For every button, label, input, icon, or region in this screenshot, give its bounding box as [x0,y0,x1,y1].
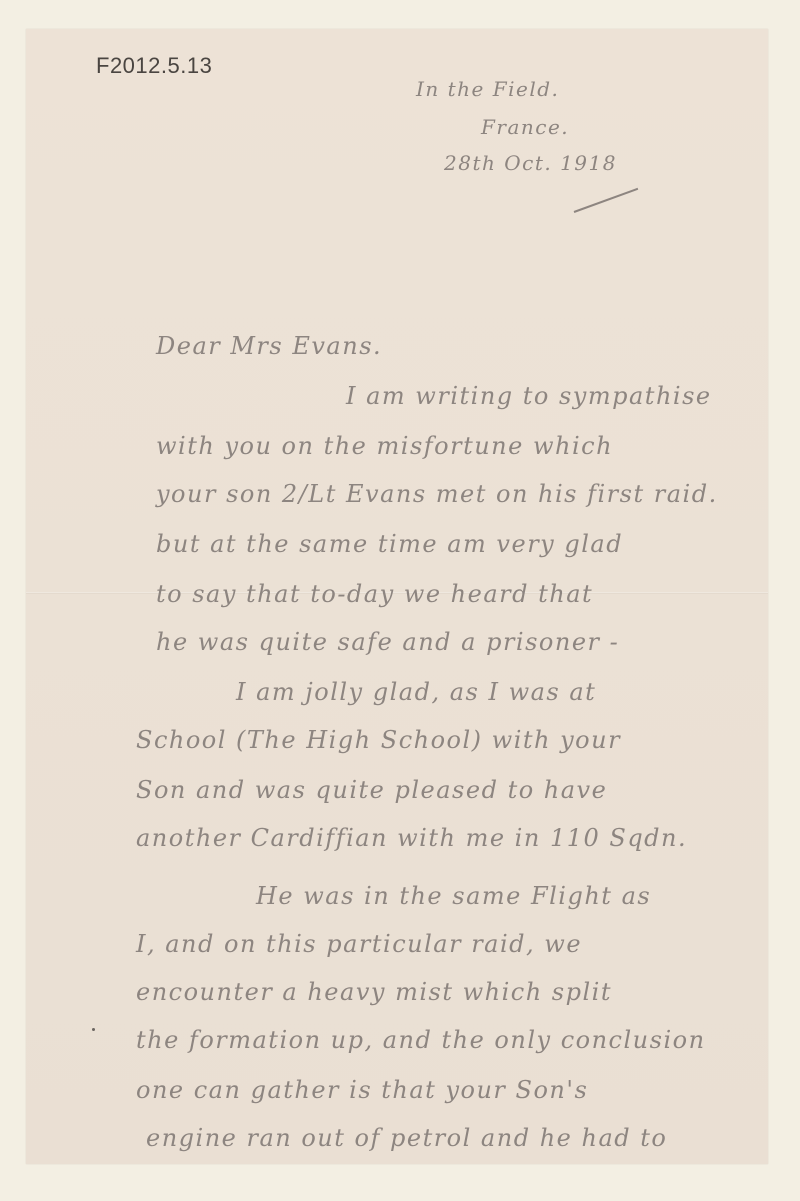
body-line: Son and was quite pleased to have [136,776,607,804]
body-line: one can gather is that your Son's [136,1076,588,1104]
body-line: but at the same time am very glad [156,530,623,558]
body-line: encounter a heavy mist which split [136,978,612,1006]
accession-number: F2012.5.13 [96,53,212,79]
pencil-dot-mark [92,1028,95,1031]
body-line: to say that to-day we heard that [156,580,593,608]
body-line: I am jolly glad, as I was at [236,678,596,706]
letter-date: 28th Oct. 1918 [444,151,617,175]
body-line: another Cardiffian with me in 110 Sqdn. [136,824,687,852]
letter-sheet: F2012.5.13 In the Field. France. 28th Oc… [26,29,768,1164]
body-line: with you on the misfortune which [156,432,613,460]
body-line: he was quite safe and a prisoner - [156,628,619,656]
body-line: I am writing to sympathise [346,382,712,410]
place-line-1: In the Field. [416,77,559,101]
body-line: your son 2/Lt Evans met on his first rai… [156,480,718,508]
salutation: Dear Mrs Evans. [156,332,382,360]
body-line: I, and on this particular raid, we [136,930,582,958]
body-line: engine ran out of petrol and he had to [146,1124,667,1152]
pencil-tick-mark [574,188,639,213]
place-line-2: France. [481,115,569,139]
body-line: School (The High School) with your [136,726,621,754]
body-line: He was in the same Flight as [256,882,651,910]
body-line: the formation up, and the only conclusio… [136,1026,706,1054]
